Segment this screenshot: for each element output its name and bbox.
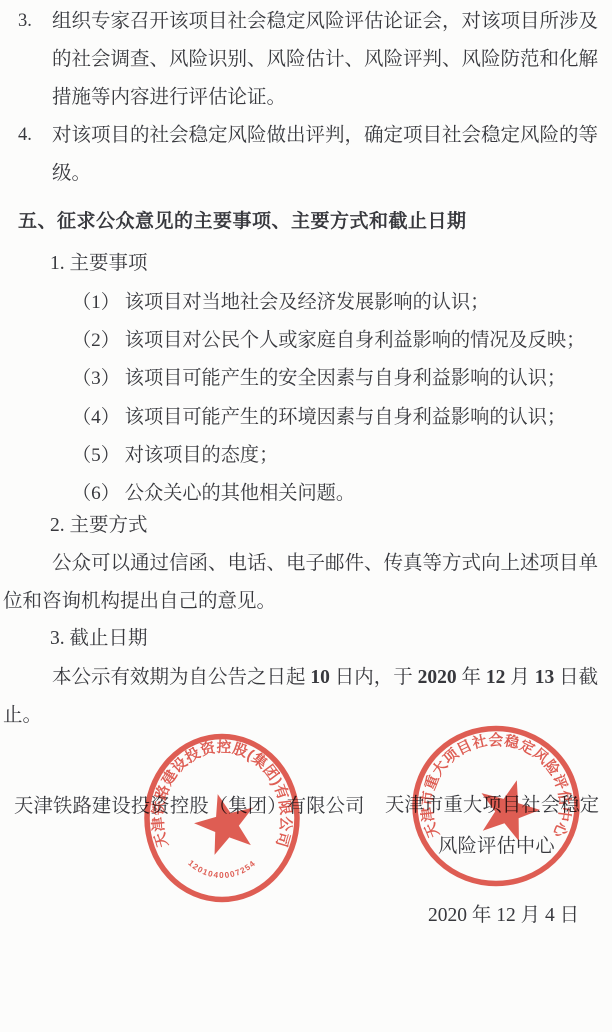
document-date: 2020 年 12 月 4 日 [428, 904, 579, 927]
deadline-text-part: 止。 [3, 705, 42, 726]
matter-item-6: （6） 公众关心的其他相关问题。 [72, 475, 585, 513]
deadline-text-part: 月 [505, 667, 534, 688]
subsection-1-title: 1. 主要事项 [50, 252, 148, 276]
subsection-3-title: 3. 截止日期 [50, 627, 148, 651]
deadline-text-part: 年 [457, 667, 486, 688]
matter-item-4: （4） 该项目可能产生的环境因素与自身利益影响的认识； [72, 399, 585, 437]
matter-item-2: （2） 该项目对公民个人或家庭自身利益影响的情况及反映； [72, 322, 585, 360]
deadline-text-part: 本公示有效期为自公告之日起 [52, 667, 310, 688]
list-item-3-text: 组织专家召开该项目社会稳定风险评估论证会，对该项目所涉及 的社会调查、风险识别、… [52, 3, 604, 117]
deadline-text-part: 日内，于 [330, 667, 418, 688]
deadline-text-part: 日截 [554, 667, 598, 688]
seal-right-star-icon [472, 772, 546, 844]
subsection-2-title: 2. 主要方式 [50, 514, 148, 538]
seal-left-star-icon [188, 786, 262, 858]
deadline-year-number: 2020 [418, 667, 457, 688]
matter-item-3: （3） 该项目可能产生的安全因素与自身利益影响的认识； [72, 360, 585, 398]
seal-left-registration-number: 1201040007254 [186, 858, 257, 880]
list-item-4-text: 对该项目的社会稳定风险做出评判，确定项目社会稳定风险的等 级。 [52, 117, 604, 193]
matter-item-1: （1） 该项目对当地社会及经济发展影响的认识； [72, 284, 585, 322]
deadline-days-number: 10 [310, 667, 330, 688]
deadline-month-number: 12 [486, 667, 506, 688]
official-seal-left: 天津铁路建设投资控股(集团)有限公司 1201040007254 [143, 733, 301, 903]
matters-list: （1） 该项目对当地社会及经济发展影响的认识； （2） 该项目对公民个人或家庭自… [72, 284, 585, 513]
methods-paragraph: 公众可以通过信函、电话、电子邮件、传真等方式向上述项目单 位和咨询机构提出自己的… [3, 545, 603, 621]
list-item-3-number: 3. [18, 12, 32, 31]
deadline-day-number: 13 [535, 667, 555, 688]
list-item-4-number: 4. [18, 126, 32, 145]
matter-item-5: （5） 对该项目的态度； [72, 437, 585, 475]
section-heading-five: 五、征求公众意见的主要事项、主要方式和截止日期 [18, 210, 467, 235]
deadline-paragraph: 本公示有效期为自公告之日起 10 日内，于 2020 年 12 月 13 日截 … [3, 659, 603, 735]
document-page: 3. 组织专家召开该项目社会稳定风险评估论证会，对该项目所涉及 的社会调查、风险… [0, 0, 612, 1032]
official-seal-right: 天津市重大项目社会稳定风险评估中心 [411, 725, 581, 887]
